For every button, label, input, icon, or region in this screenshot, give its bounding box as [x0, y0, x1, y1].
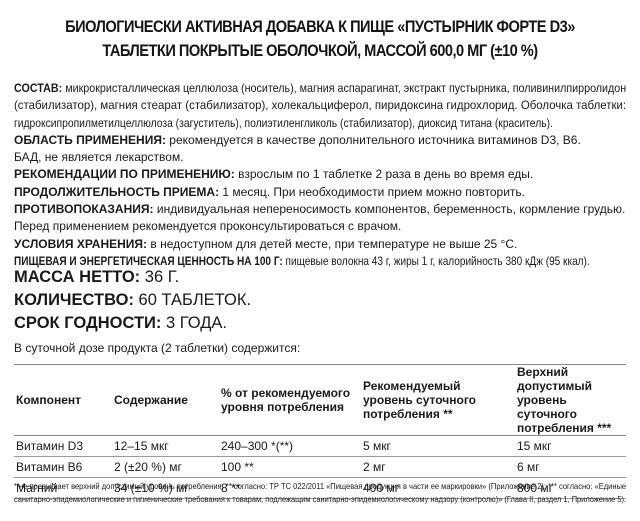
usage-line: РЕКОМЕНДАЦИИ ПО ПРИМЕНЕНИЮ: взрослым по …: [14, 166, 626, 183]
shelf-life: СРОК ГОДНОСТИ: 3 ГОДА.: [14, 314, 227, 333]
storage-text: в недоступном для детей месте, при темпе…: [150, 237, 517, 251]
cell-component: Витамин B6: [14, 457, 112, 478]
contraindications-text: индивидуальная непереносимость компонент…: [157, 202, 626, 216]
table-row: Витамин D3 12–15 мкг 240–300 *(**) 5 мкг…: [14, 436, 626, 457]
duration-line: ПРОДОЛЖИТЕЛЬНОСТЬ ПРИЕМА: 1 месяц. При н…: [14, 184, 626, 201]
product-description: СОСТАВ: микрокристаллическая целлюлоза (…: [14, 80, 626, 270]
composition-text-1: микрокристаллическая целлюлоза (носитель…: [65, 81, 626, 95]
cell-upper-limit: 6 мг: [515, 457, 626, 478]
header-recommended: Рекомендуемый уровень суточного потребле…: [361, 365, 515, 436]
header-upper-limit: Верхний допустимый уровень суточного пот…: [515, 365, 626, 436]
table-header-row: Компонент Содержание % от рекомендуемого…: [14, 365, 626, 436]
cell-percent: 100 **: [219, 457, 361, 478]
header-percent: % от рекомендуемого уровня потребления: [219, 365, 361, 436]
cell-upper-limit: 15 мкг: [515, 436, 626, 457]
header-component: Компонент: [14, 365, 112, 436]
duration-text: 1 месяц. При необходимости прием можно п…: [222, 185, 525, 199]
composition-label: СОСТАВ:: [14, 81, 62, 95]
cell-content: 12–15 мкг: [112, 436, 219, 457]
application-text: рекомендуется в качестве дополнительного…: [169, 133, 581, 147]
daily-dose-intro: В суточной дозе продукта (2 таблетки) со…: [14, 341, 300, 355]
net-mass: МАССА НЕТТО: 36 Г.: [14, 268, 179, 287]
quantity: КОЛИЧЕСТВО: 60 ТАБЛЕТОК.: [14, 291, 251, 310]
shelf-life-value: 3 ГОДА.: [166, 314, 227, 332]
net-mass-label: МАССА НЕТТО:: [14, 268, 140, 286]
contraindications-line: ПРОТИВОПОКАЗАНИЯ: индивидуальная неперен…: [14, 201, 626, 218]
duration-label: ПРОДОЛЖИТЕЛЬНОСТЬ ПРИЕМА:: [14, 185, 219, 199]
cell-percent: 240–300 *(**): [219, 436, 361, 457]
application-label: ОБЛАСТЬ ПРИМЕНЕНИЯ:: [14, 133, 166, 147]
composition-line3: гидроксипропилметилцеллюлоза (загустител…: [14, 115, 611, 132]
net-mass-value: 36 Г.: [145, 268, 179, 286]
daily-dose-table: Компонент Содержание % от рекомендуемого…: [14, 364, 626, 499]
nutrition-label: ПИЩЕВАЯ И ЭНЕРГЕТИЧЕСКАЯ ЦЕННОСТЬ НА 100…: [14, 254, 283, 268]
contraindications-label: ПРОТИВОПОКАЗАНИЯ:: [14, 202, 154, 216]
shelf-life-label: СРОК ГОДНОСТИ:: [14, 314, 161, 332]
quantity-label: КОЛИЧЕСТВО:: [14, 291, 134, 309]
product-title-line1: БИОЛОГИЧЕСКИ АКТИВНАЯ ДОБАВКА К ПИЩЕ «ПУ…: [45, 17, 595, 37]
storage-label: УСЛОВИЯ ХРАНЕНИЯ:: [14, 237, 147, 251]
cell-content: 2 (±20 %) мг: [112, 457, 219, 478]
footnote: * не превышает верхний допустимый уровен…: [14, 480, 626, 506]
header-content: Содержание: [112, 365, 219, 436]
cell-recommended: 2 мг: [361, 457, 515, 478]
contraindications-note: Перед применением рекомендуется проконсу…: [14, 218, 626, 235]
nutrition-text: пищевые волокна 43 г, жиры 1 г, калорийн…: [286, 254, 590, 268]
footnote-line2: санитарно-эпидемиологические и гигиениче…: [14, 493, 544, 506]
usage-text: взрослым по 1 таблетке 2 раза в день во …: [238, 167, 533, 181]
table-row: Витамин B6 2 (±20 %) мг 100 ** 2 мг 6 мг: [14, 457, 626, 478]
quantity-value: 60 ТАБЛЕТОК.: [139, 291, 252, 309]
usage-label: РЕКОМЕНДАЦИИ ПО ПРИМЕНЕНИЮ:: [14, 167, 235, 181]
application-note: БАД, не является лекарством.: [14, 149, 626, 166]
storage-line: УСЛОВИЯ ХРАНЕНИЯ: в недоступном для дете…: [14, 236, 626, 253]
cell-recommended: 5 мкг: [361, 436, 515, 457]
composition-line2: (стабилизатор), магния стеарат (стабилиз…: [14, 97, 597, 114]
application-line: ОБЛАСТЬ ПРИМЕНЕНИЯ: рекомендуется в каче…: [14, 132, 626, 149]
cell-component: Витамин D3: [14, 436, 112, 457]
product-title-line2: ТАБЛЕТКИ ПОКРЫТЫЕ ОБОЛОЧКОЙ, МАССОЙ 600,…: [45, 41, 595, 61]
footnote-line1: * не превышает верхний допустимый уровен…: [14, 480, 551, 493]
composition-line1: СОСТАВ: микрокристаллическая целлюлоза (…: [14, 80, 561, 97]
